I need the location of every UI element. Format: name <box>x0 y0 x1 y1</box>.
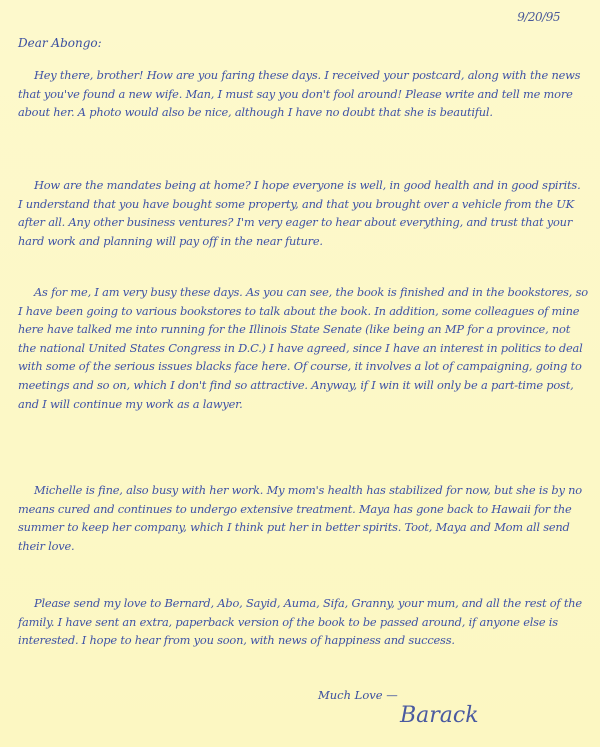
closing: Much Love — <box>318 688 398 702</box>
signature: Barack <box>400 703 479 728</box>
paragraph-personal-news: As for me, I am very busy these days. As… <box>18 283 588 413</box>
paragraph-home-news: How are the mandates being at home? I ho… <box>18 176 588 250</box>
paragraph-family-news: Michelle is fine, also busy with her wor… <box>18 481 588 555</box>
letter-page: 9/20/95 Dear Abongo: Hey there, brother!… <box>0 0 600 747</box>
salutation: Dear Abongo: <box>18 36 102 50</box>
paragraph-regards: Please send my love to Bernard, Abo, Say… <box>18 594 588 650</box>
letter-date: 9/20/95 <box>517 10 560 24</box>
paragraph-greeting: Hey there, brother! How are you faring t… <box>18 66 588 122</box>
